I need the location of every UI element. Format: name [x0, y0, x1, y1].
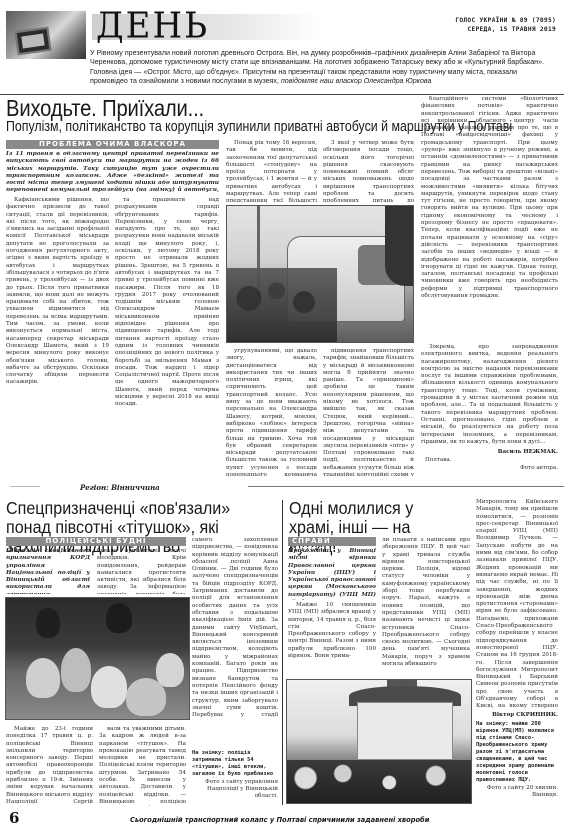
page-number: 6	[9, 809, 19, 827]
story1-column-2: та працювати над розрахунками справді об…	[115, 197, 219, 487]
story1-rubric: ПРОБЛЕМА ОЧИМА ВЛАСКОРА	[6, 140, 219, 149]
header-lead-byline: повідомляє наш власкор Олександра Юркова	[281, 76, 432, 85]
story3-rubric: СПРАВИ ЦЕРКОВНІ	[288, 537, 376, 546]
issue-meta: ГОЛОС УКРАЇНИ № 89 (7095) СЕРЕДА, 15 ТРА…	[455, 16, 556, 34]
story2-caption: На знімку: поліція затримала тільки 54 «…	[192, 750, 278, 778]
story1-column-1: Кафкіанськими рішення, що фактично призв…	[6, 197, 109, 487]
story3-lead: Прихожани у Вінниці місті вірянки Правос…	[288, 548, 376, 600]
story1-byline: Василь НЕЖМАК.	[421, 449, 558, 456]
story3-column-1: Майже 10 священиків УПЦ (МП) зібралися в…	[288, 602, 376, 676]
story1-headline: Виходьте. Приїхали...	[6, 96, 204, 120]
issue-date: СЕРЕДА, 15 ТРАВНЯ 2019	[455, 25, 556, 34]
story2-column-5: вали та уважними дітьми. За кадром ж люд…	[99, 726, 186, 806]
story3-photo-credit: Фото з сайту 20 хвилин. Вінниця.	[476, 785, 558, 801]
church-icon	[357, 702, 453, 760]
story2-column-3: самого захоплення підприємства, — повідо…	[192, 537, 278, 717]
story2-column-2: бувало прибавлено тисячі молодиків. Крім…	[97, 548, 186, 594]
region-divider-left	[10, 486, 40, 487]
story1-column-7: благодійного системи «біологічних фінанс…	[421, 96, 558, 343]
story1-photo-credit: Фото автора.	[421, 465, 558, 472]
story3-column-2: ли плакати з написами про збереження ПЦУ…	[382, 537, 470, 677]
paper-issue: ГОЛОС УКРАЇНИ № 89 (7095)	[455, 16, 556, 25]
laptop-icon	[14, 27, 51, 55]
story1-column-4: З якої у четвер може бути обговорення по…	[323, 140, 414, 202]
story3-byline: Віктор СКРИННИК.	[476, 712, 558, 719]
laptop-photo	[6, 11, 86, 59]
story2-rubric: ПОЛІЦЕЙСЬКІ БУДНІ	[6, 537, 186, 546]
section-title: ДЕНЬ	[96, 7, 209, 45]
story1-column-6: підвищення транспортних тарифів, знайшов…	[323, 348, 414, 476]
story1-column-8: Зокрема, про запровадження електронного …	[421, 344, 558, 448]
trolleybus-photo	[226, 205, 414, 343]
region-label: Регіон: Вінниччина	[80, 483, 160, 492]
footer-teaser: Сьогоднішній транспортний колапс у Полта…	[130, 815, 429, 824]
story1-city: Полтава.	[425, 457, 452, 464]
story1-lead: Із 11 травня в обласному центрі приватні…	[6, 151, 219, 195]
story1-column-5: угрупуваннями, що давало змогу, нажаль, …	[226, 348, 317, 476]
church-photo	[286, 679, 472, 804]
story1-column-3: Понад рік тому 16 вересня, так би мовити…	[226, 140, 317, 202]
region-divider	[248, 486, 564, 487]
header-lead: У Рівному презентували новий логотип дре…	[90, 48, 546, 85]
detained-men-photo	[5, 597, 190, 720]
story2-column-4: Майже до 23-ї години понеділка 17 травня…	[6, 726, 93, 806]
story3-column-3: Митрополита Київського Макарія, тому ми …	[476, 499, 558, 711]
column-divider	[282, 500, 283, 805]
story2-lead: Підрозділ спеціального призначення КОРД …	[6, 548, 90, 594]
story2-photo-credit: Фото з сайту управління Нацполіції у Він…	[192, 779, 278, 801]
story3-caption: На знімку: майже 200 вірянок УПЦ(МП) мол…	[476, 721, 558, 783]
